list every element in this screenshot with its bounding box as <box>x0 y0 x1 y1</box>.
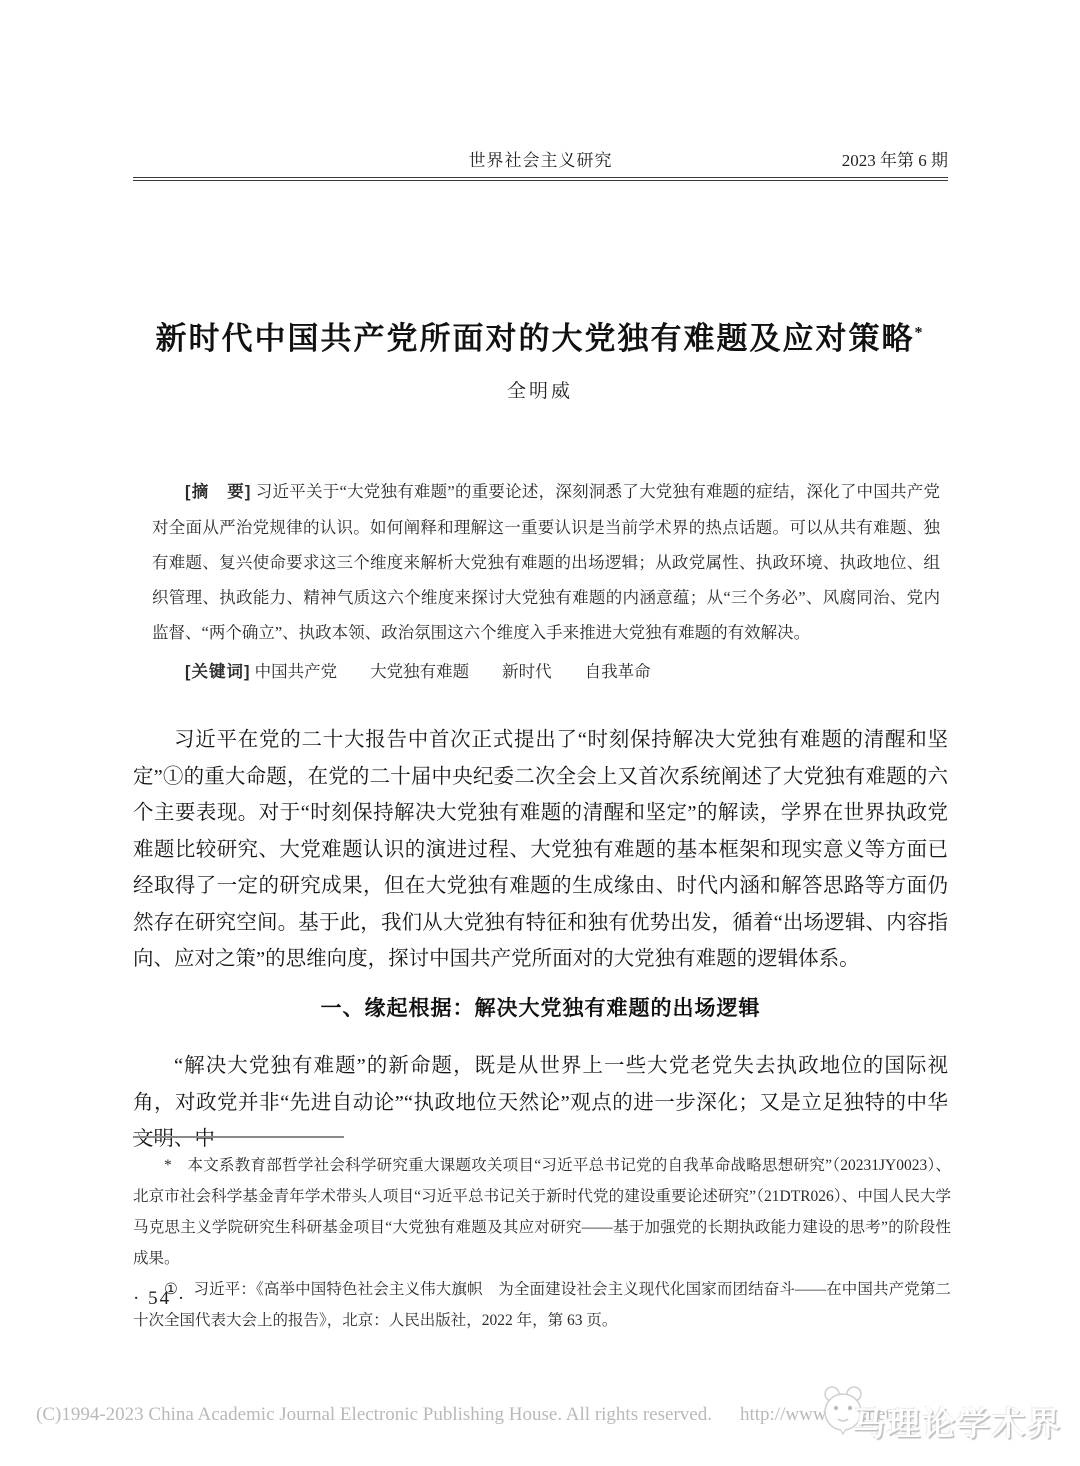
footnote-separator <box>133 1136 344 1138</box>
keywords-line: [关键词] 中国共产党 大党独有难题 新时代 自我革命 <box>152 654 940 690</box>
abstract-label: [摘 要] <box>185 483 251 501</box>
journal-name: 世界社会主义研究 <box>133 146 948 171</box>
body-paragraph-2: “解决大党独有难题”的新命题，既是从世界上一些大党老党失去执政地位的国际视角，对… <box>133 1048 948 1158</box>
article-title: 新时代中国共产党所面对的大党独有难题及应对策略* <box>100 313 980 358</box>
copyright-text: (C)1994-2023 China Academic Journal Elec… <box>36 1404 712 1425</box>
header-rule <box>133 177 948 181</box>
page-number: · 54 · <box>133 1288 186 1310</box>
footnote-funding: *本文系教育部哲学社会科学研究重大课题攻关项目“习近平总书记党的自我革命战略思想… <box>133 1150 951 1274</box>
watermark: 马理论学术界 <box>812 1380 1062 1450</box>
issue-number: 2023 年第 6 期 <box>842 146 948 171</box>
abstract-text: 习近平关于“大党独有难题”的重要论述，深刻洞悉了大党独有难题的症结，深化了中国共… <box>152 482 940 642</box>
abstract-block: [摘 要] 习近平关于“大党独有难题”的重要论述，深刻洞悉了大党独有难题的症结，… <box>152 474 940 690</box>
keywords-list: 中国共产党 大党独有难题 新时代 自我革命 <box>255 662 651 681</box>
section-heading: 一、缘起根据：解决大党独有难题的出场逻辑 <box>133 992 948 1022</box>
watermark-text: 马理论学术界 <box>852 1398 1062 1445</box>
title-asterisk: * <box>915 324 925 341</box>
body-paragraph-1: 习近平在党的二十大报告中首次正式提出了“时刻保持解决大党独有难题的清醒和坚定”①… <box>133 722 948 978</box>
footnotes-block: *本文系教育部哲学社会科学研究重大课题攻关项目“习近平总书记党的自我革命战略思想… <box>133 1150 951 1336</box>
keywords-label: [关键词] <box>185 663 251 681</box>
footnote-marker-asterisk: * <box>164 1157 172 1174</box>
page-header: 世界社会主义研究 2023 年第 6 期 <box>133 146 948 170</box>
author-name: 全明威 <box>0 376 1080 403</box>
abstract-paragraph: [摘 要] 习近平关于“大党独有难题”的重要论述，深刻洞悉了大党独有难题的症结，… <box>152 474 940 650</box>
article-title-text: 新时代中国共产党所面对的大党独有难题及应对策略 <box>156 321 915 356</box>
footnote-citation-text: 习近平：《高举中国特色社会主义伟大旗帜 为全面建设社会主义现代化国家而团结奋斗—… <box>133 1281 951 1329</box>
footnote-citation: ①习近平：《高举中国特色社会主义伟大旗帜 为全面建设社会主义现代化国家而团结奋斗… <box>133 1274 951 1336</box>
footnote-funding-text: 本文系教育部哲学社会科学研究重大课题攻关项目“习近平总书记党的自我革命战略思想研… <box>133 1157 951 1267</box>
journal-page: 世界社会主义研究 2023 年第 6 期 新时代中国共产党所面对的大党独有难题及… <box>0 0 1080 1466</box>
